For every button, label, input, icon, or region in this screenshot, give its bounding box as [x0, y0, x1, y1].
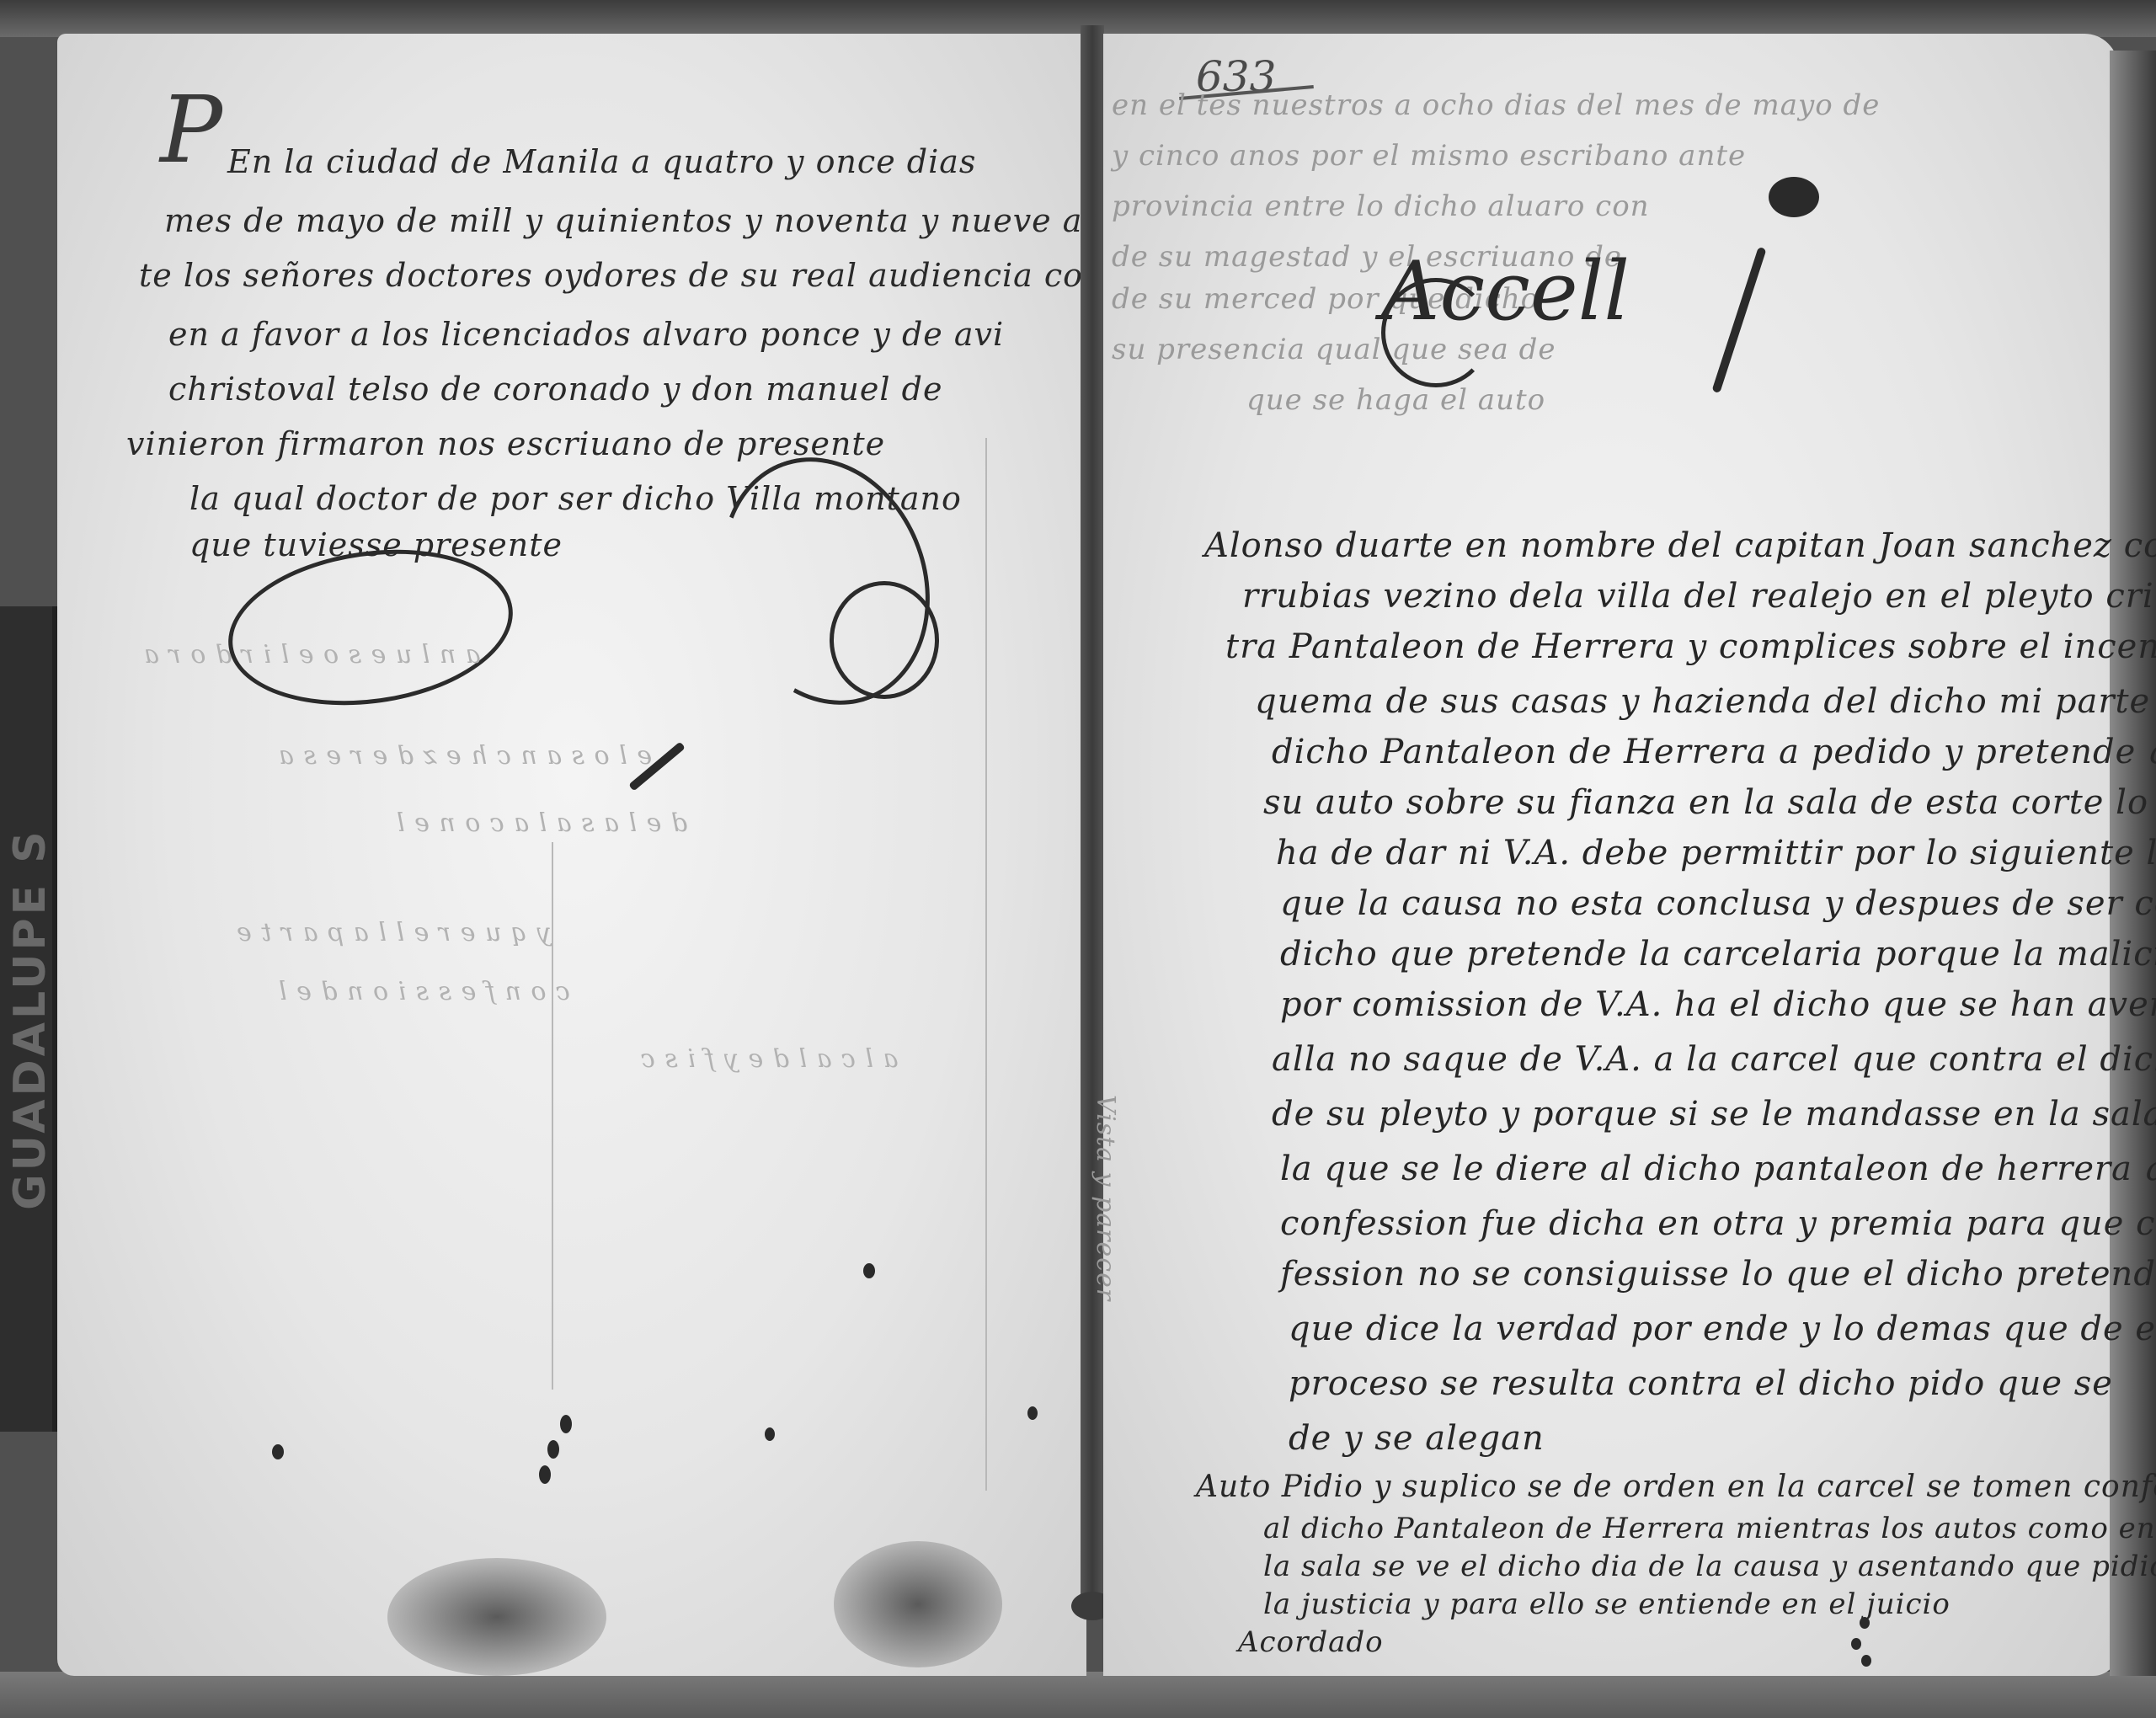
bleed-through-text: a n l u e s o e l i r d o r a	[143, 640, 481, 670]
body-line-3: tra Pantaleon de Herrera y complices sob…	[1225, 627, 2156, 666]
bleed-through-text: e l o s a n c h e z d e r e s a	[278, 741, 652, 771]
body-line-13: la que se le diere al dicho pantaleon de…	[1280, 1150, 2156, 1188]
left-line-4: en a favor a los licenciados alvaro ponc…	[168, 316, 1004, 353]
header-line-3: provincia entre lo dicho aluaro con	[1112, 189, 1650, 223]
left-line-5: christoval telso de coronado y don manue…	[168, 371, 942, 408]
spine-label-text: GUADALUPE S	[5, 615, 47, 1423]
ink-dot	[539, 1465, 551, 1484]
bleed-through-text: c o n f e s s i o n d e l	[278, 977, 570, 1006]
body-line-14: confession fue dicha en otra y premia pa…	[1280, 1204, 2156, 1243]
scanner-top-border	[0, 0, 2156, 37]
body-line-16: que dice la verdad por ende y lo demas q…	[1289, 1310, 2156, 1348]
ink-dot	[560, 1415, 572, 1433]
left-line-2: mes de mayo de mill y quinientos y noven…	[164, 202, 1141, 239]
left-center-fold	[552, 842, 553, 1390]
water-stain	[834, 1541, 1002, 1667]
bleed-through-text: a l c a l d e y f i s c	[640, 1044, 898, 1074]
water-stain	[387, 1558, 606, 1676]
ink-dot	[1027, 1406, 1038, 1420]
body-line-6: su auto sobre su fianza en la sala de es…	[1263, 783, 2156, 822]
signature-flourish	[1381, 278, 1491, 387]
decree-line-2: al dicho Pantaleon de Herrera mientras l…	[1263, 1512, 2156, 1545]
marginal-note-vertical: Vista y parecer	[1091, 1095, 1120, 1301]
body-line-12: de su pleyto y porque si se le mandasse …	[1272, 1095, 2156, 1134]
ink-dot	[547, 1440, 559, 1459]
decree-line-1: Auto Pidio y suplico se de orden en la c…	[1196, 1470, 2156, 1504]
decree-line-4: la justicia y para ello se entiende en e…	[1263, 1587, 1951, 1621]
decree-line-5: Acordado	[1238, 1625, 1384, 1659]
left-line-3: te los señores doctores oydores de su re…	[139, 257, 1105, 294]
body-line-9: dicho que pretende la carcelaria porque …	[1280, 935, 2156, 974]
ink-dot	[272, 1444, 284, 1459]
body-line-11: alla no saque de V.A. a la carcel que co…	[1272, 1040, 2156, 1079]
marginal-initial: P	[160, 76, 223, 184]
header-line-1: en el tes nuestros a ocho dias del mes d…	[1112, 88, 1880, 122]
body-line-5: dicho Pantaleon de Herrera a pedido y pr…	[1272, 733, 2156, 771]
ink-dot	[765, 1427, 775, 1441]
body-line-1: Alonso duarte en nombre del capitan Joan…	[1204, 526, 2156, 565]
ink-dot	[863, 1263, 875, 1278]
ink-dot	[1860, 1617, 1870, 1629]
left-line-6: vinieron firmaron nos escriuano de prese…	[126, 425, 885, 462]
decree-line-3: la sala se ve el dicho dia de la causa y…	[1263, 1550, 2156, 1583]
ink-blot	[1769, 177, 1819, 217]
bleed-through-text: d e l a s a l a c o n e l	[396, 808, 687, 838]
header-line-7: que se haga el auto	[1246, 383, 1545, 417]
left-margin-rule	[985, 438, 987, 1491]
body-line-17: proceso se resulta contra el dicho pido …	[1289, 1364, 2113, 1403]
left-line-1: En la ciudad de Manila a quatro y once d…	[227, 143, 976, 180]
scanner-bottom-border	[0, 1672, 2156, 1718]
ink-dot	[1851, 1638, 1861, 1650]
ink-dot	[1861, 1655, 1871, 1667]
rubric-flourish-small	[830, 581, 939, 699]
body-line-8: que la causa no esta conclusa y despues …	[1280, 884, 2156, 923]
body-line-15: fession no se consiguisse lo que el dich…	[1280, 1255, 2156, 1294]
book-gutter	[1081, 25, 1104, 1609]
body-line-7: ha de dar ni V.A. debe permittir por lo …	[1276, 834, 2156, 872]
header-line-2: y cinco anos por el mismo escribano ante	[1112, 139, 1746, 173]
bleed-through-text: y q u e r e l l a p a r t e	[236, 918, 552, 947]
body-line-2: rrubias vezino dela villa del realejo en…	[1242, 577, 2156, 616]
body-line-18: de y se alegan	[1289, 1419, 1545, 1458]
body-line-10: por comission de V.A. ha el dicho que se…	[1280, 985, 2156, 1024]
body-line-4: quema de sus casas y hazienda del dicho …	[1255, 682, 2156, 721]
